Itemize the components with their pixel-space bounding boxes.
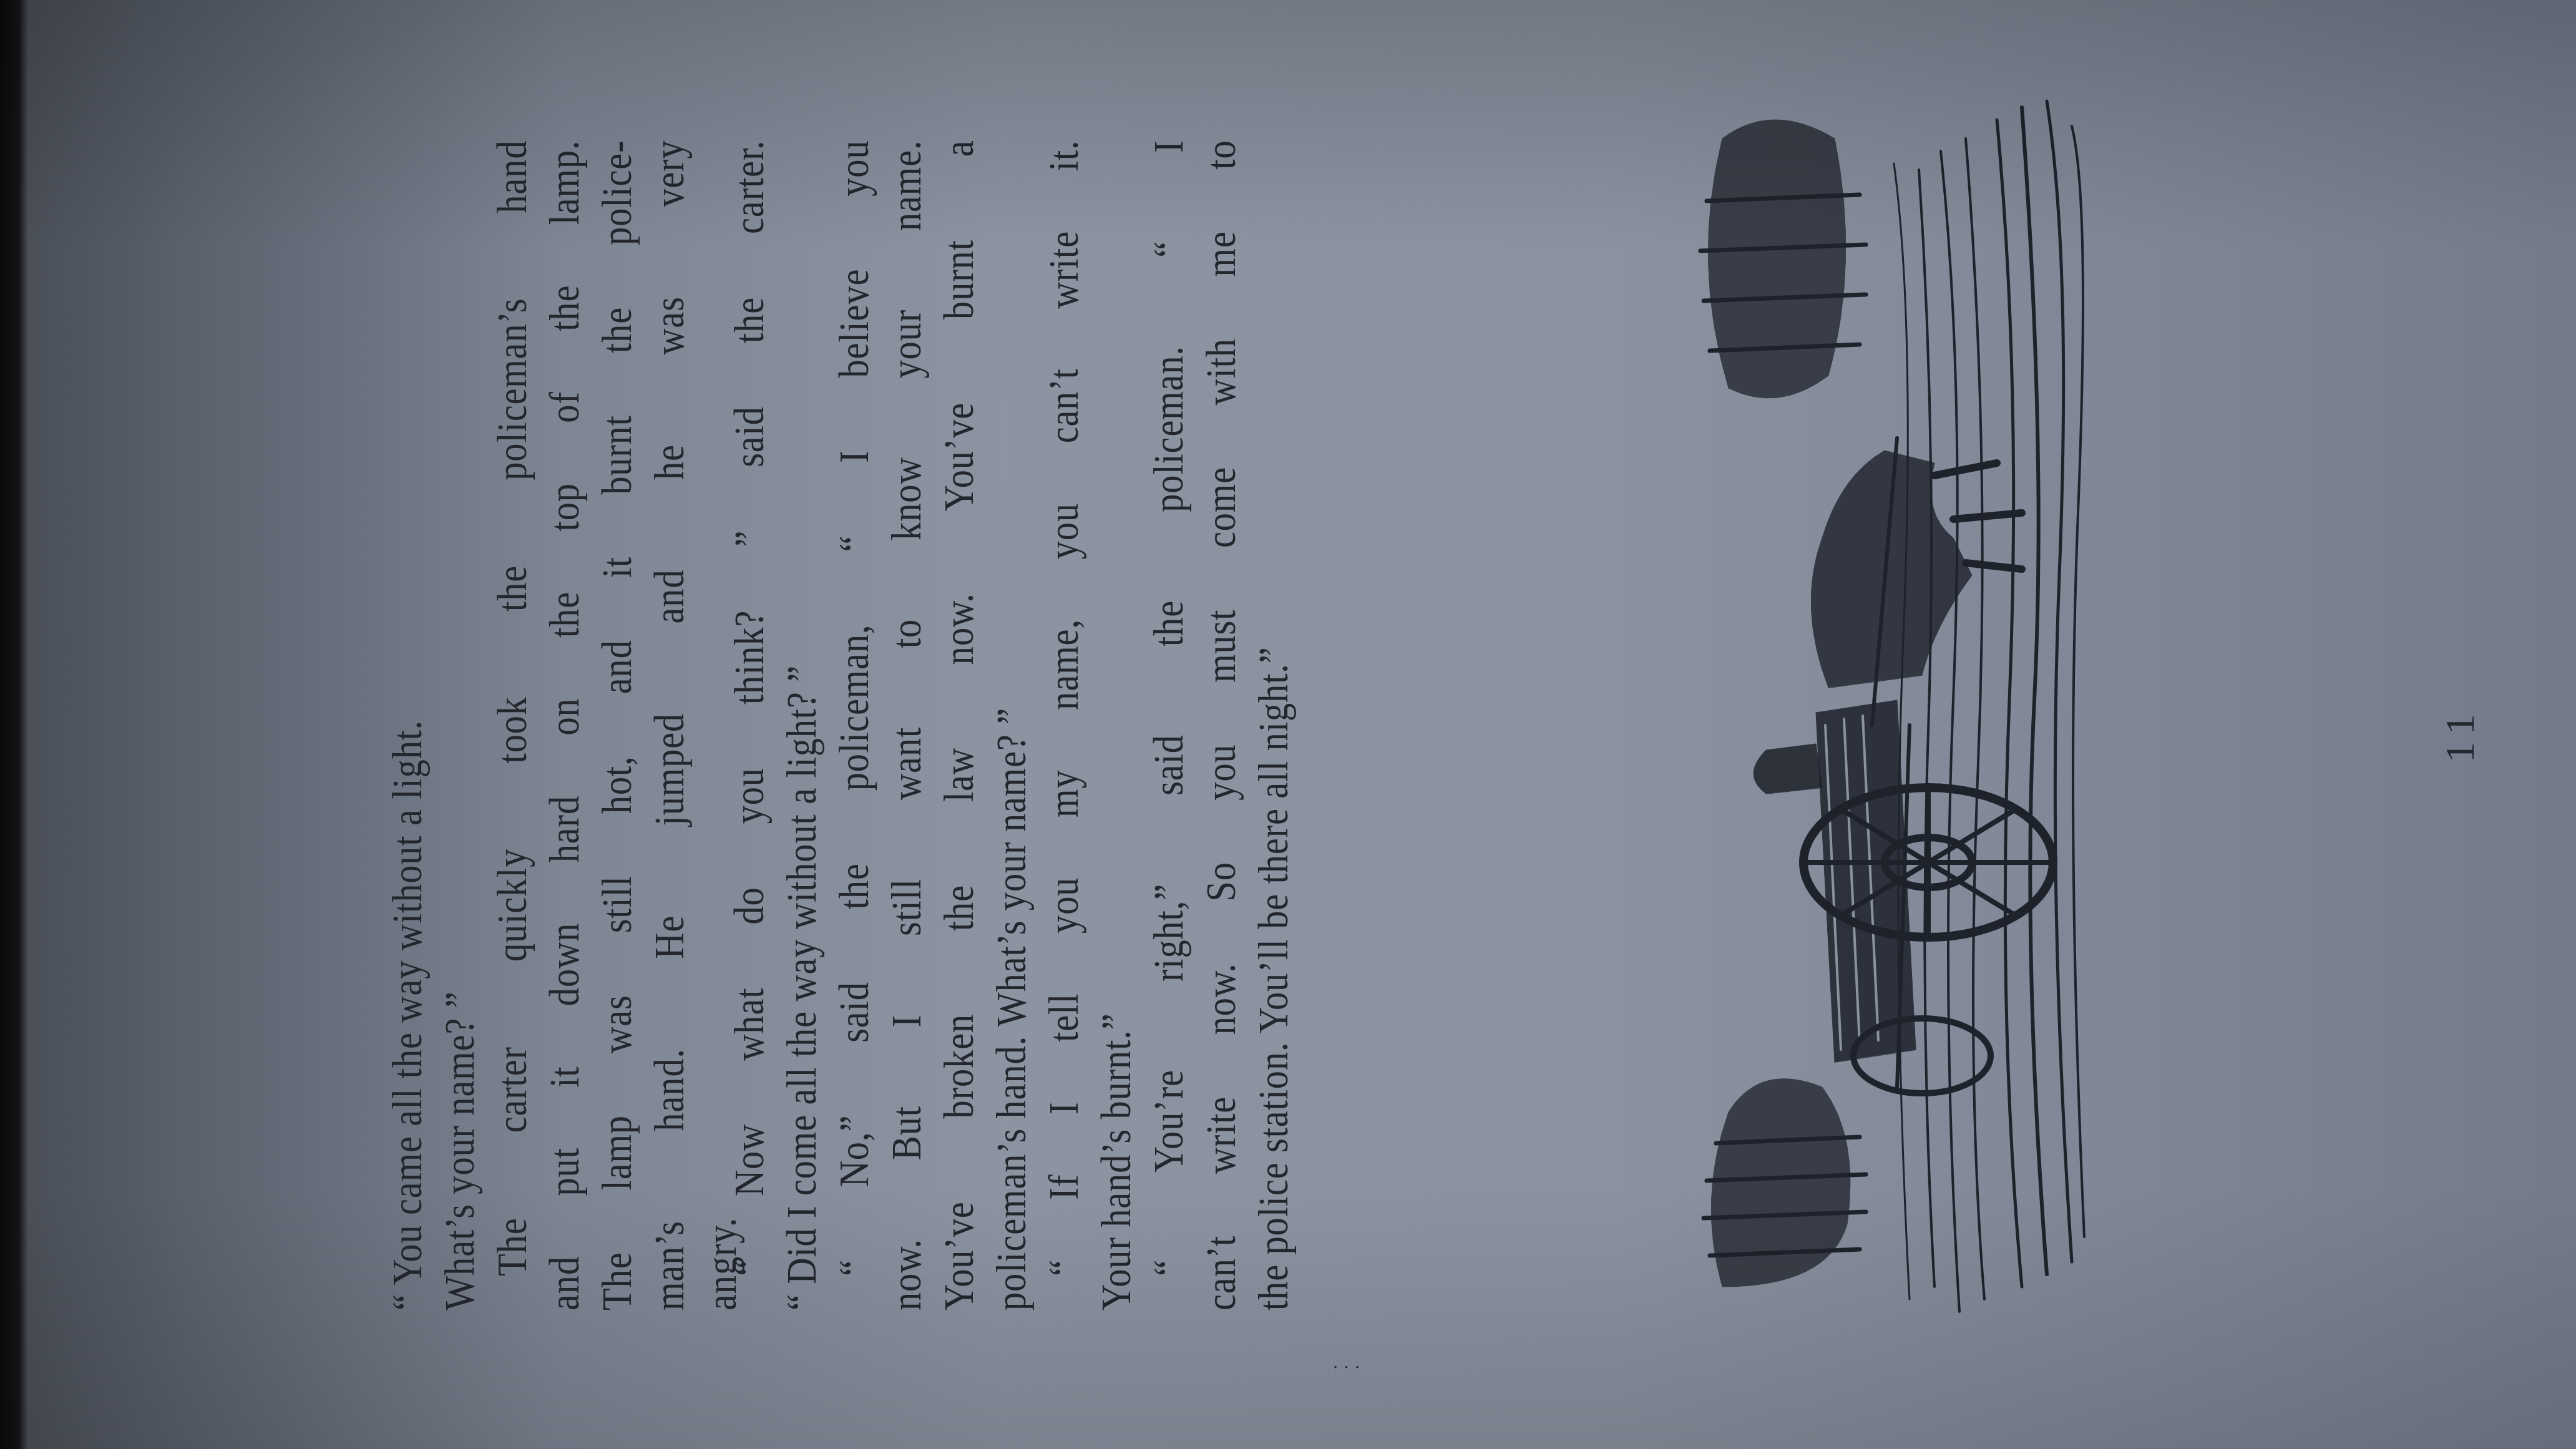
text-line: can’t write now. So you must come with m… xyxy=(1194,140,1247,1310)
text-line: “ Now what do you think? ” said the cart… xyxy=(723,140,775,1310)
cart-illustration-icon xyxy=(1672,82,2103,1324)
text-line: “ If I tell you my name, you can’t write… xyxy=(1037,140,1090,1310)
text-line: The lamp was still hot, and it burnt the… xyxy=(590,140,643,1310)
body-text: “ You came all the way without a light. … xyxy=(381,137,1299,1310)
text-line: now. But I still want to know your name. xyxy=(880,140,932,1310)
text-line: The carter quickly took the policeman’s … xyxy=(485,140,538,1310)
text-line: man’s hand. He jumped and he was very xyxy=(643,140,695,1310)
text-line: “ Did I come all the way without a light… xyxy=(775,140,827,1310)
page-number: 11 xyxy=(2437,705,2484,763)
text-line: and put it down hard on the top of the l… xyxy=(538,140,590,1310)
text-line: Your hand’s burnt.” xyxy=(1090,140,1142,1310)
margin-dots: · · · xyxy=(1332,1356,1360,1377)
text-line: the police station. You’ll be there all … xyxy=(1247,140,1299,1310)
text-line: “ No,” said the policeman, “ I believe y… xyxy=(827,140,880,1310)
text-line: “ You’re right,” said the policeman. “ I xyxy=(1142,140,1194,1310)
book-page: · · · “ You came all the way without a l… xyxy=(0,0,2576,1449)
text-line: policeman’s hand. What’s your name? ” xyxy=(985,140,1037,1310)
text-line: What’s your name? ” xyxy=(433,140,485,1310)
text-line: You’ve broken the law now. You’ve burnt … xyxy=(932,140,985,1310)
text-line: “ You came all the way without a light. xyxy=(381,140,433,1310)
